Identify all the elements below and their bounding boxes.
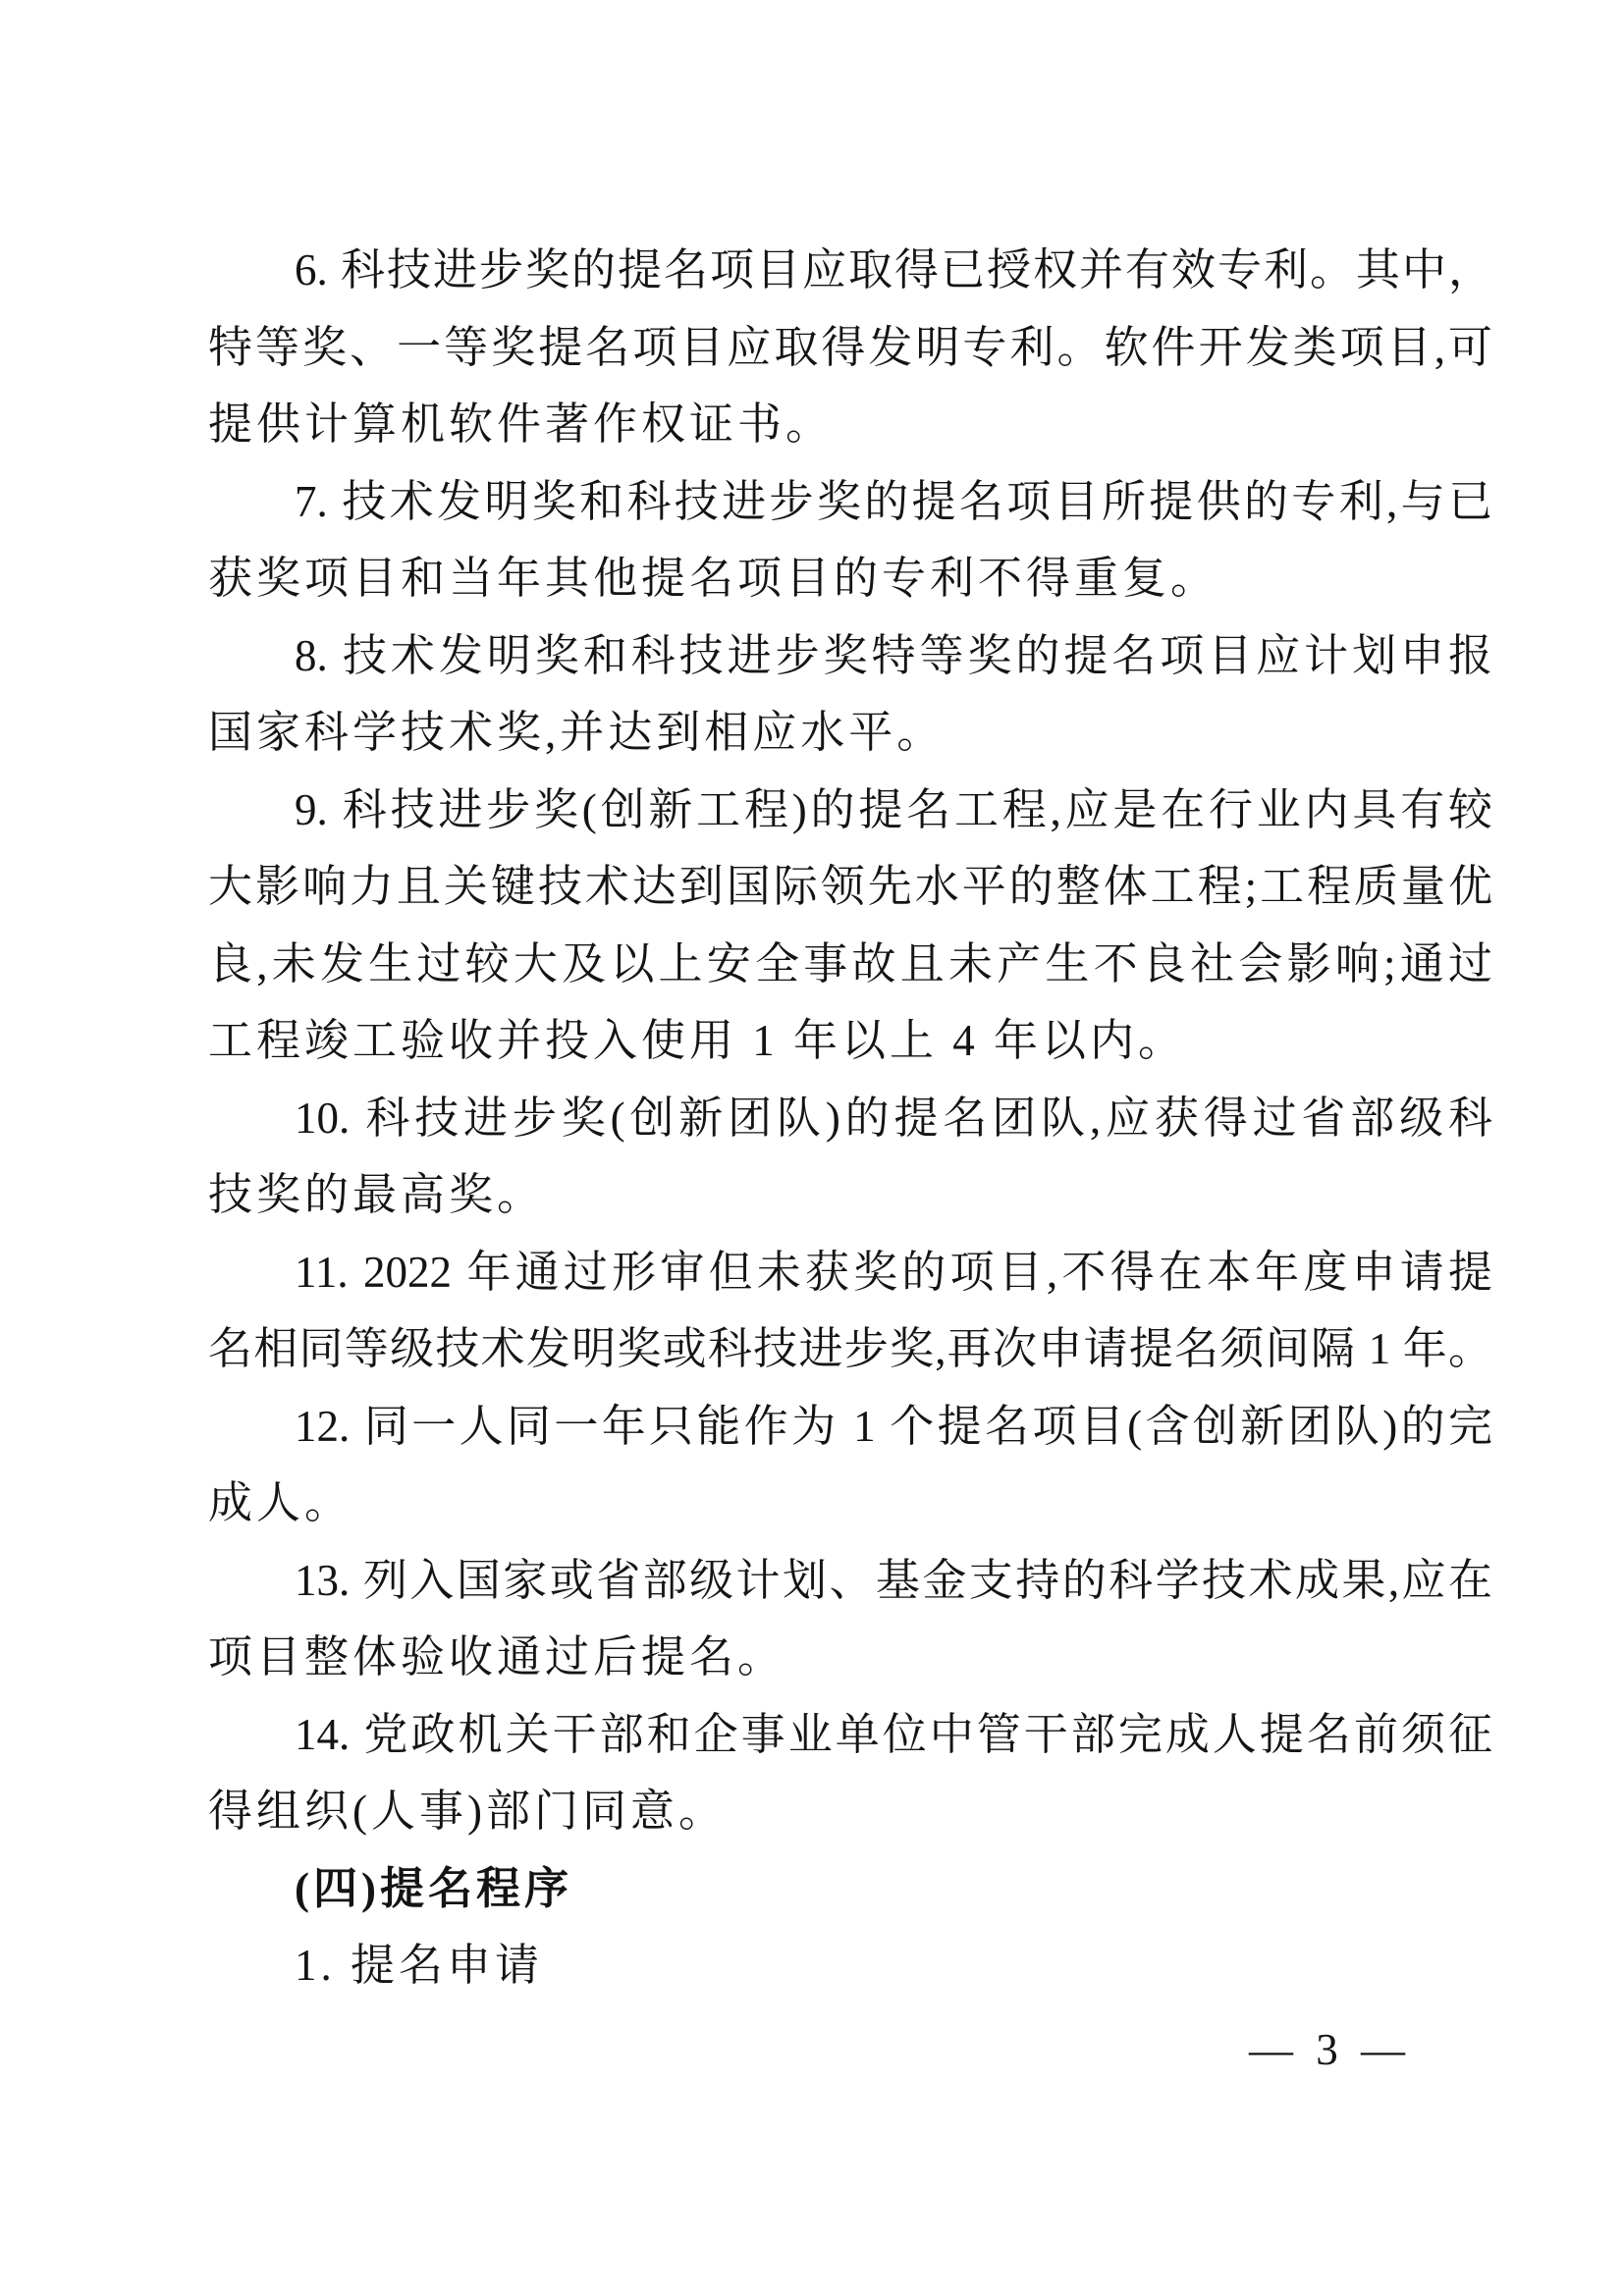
doc-line: 特等奖、一等奖提名项目应取得发明专利。软件开发类项目,可 [208, 309, 1492, 387]
doc-line: 成人。 [208, 1465, 1492, 1542]
doc-line: 技奖的最高奖。 [208, 1156, 1492, 1234]
doc-line: 8. 技术发明奖和科技进步奖特等奖的提名项目应计划申报 [208, 617, 1492, 695]
doc-line: 名相同等级技术发明奖或科技进步奖,再次申请提名须间隔 1 年。 [208, 1310, 1492, 1388]
doc-line: 得组织(人事)部门同意。 [208, 1773, 1492, 1850]
doc-line: 13. 列入国家或省部级计划、基金支持的科学技术成果,应在 [208, 1542, 1492, 1620]
doc-line: 大影响力且关键技术达到国际领先水平的整体工程;工程质量优 [208, 848, 1492, 926]
doc-line: 提供计算机软件著作权证书。 [208, 386, 1492, 463]
doc-line: 10. 科技进步奖(创新团队)的提名团队,应获得过省部级科 [208, 1080, 1492, 1157]
doc-line: 6. 科技进步奖的提名项目应取得已授权并有效专利。其中， [208, 232, 1492, 309]
doc-line: 获奖项目和当年其他提名项目的专利不得重复。 [208, 540, 1492, 617]
doc-line: 7. 技术发明奖和科技进步奖的提名项目所提供的专利,与已 [208, 463, 1492, 541]
doc-line: 工程竣工验收并投入使用 1 年以上 4 年以内。 [208, 1002, 1492, 1080]
doc-line: 11. 2022 年通过形审但未获奖的项目,不得在本年度申请提 [208, 1234, 1492, 1311]
doc-line: 12. 同一人同一年只能作为 1 个提名项目(含创新团队)的完 [208, 1388, 1492, 1466]
doc-line: 项目整体验收通过后提名。 [208, 1619, 1492, 1696]
document-body: 6. 科技进步奖的提名项目应取得已授权并有效专利。其中， 特等奖、一等奖提名项目… [208, 232, 1492, 2004]
doc-line: 9. 科技进步奖(创新工程)的提名工程,应是在行业内具有较 [208, 772, 1492, 849]
section-heading: (四)提名程序 [208, 1850, 1492, 1928]
page-number: — 3 — [1249, 2011, 1411, 2088]
doc-line: 良,未发生过较大及以上安全事故且未产生不良社会影响;通过 [208, 926, 1492, 1003]
doc-line: 国家科学技术奖,并达到相应水平。 [208, 694, 1492, 772]
doc-line: 14. 党政机关干部和企事业单位中管干部完成人提名前须征 [208, 1696, 1492, 1774]
item-heading: 1. 提名申请 [208, 1927, 1492, 2004]
document-page: 6. 科技进步奖的提名项目应取得已授权并有效专利。其中， 特等奖、一等奖提名项目… [0, 0, 1623, 2296]
